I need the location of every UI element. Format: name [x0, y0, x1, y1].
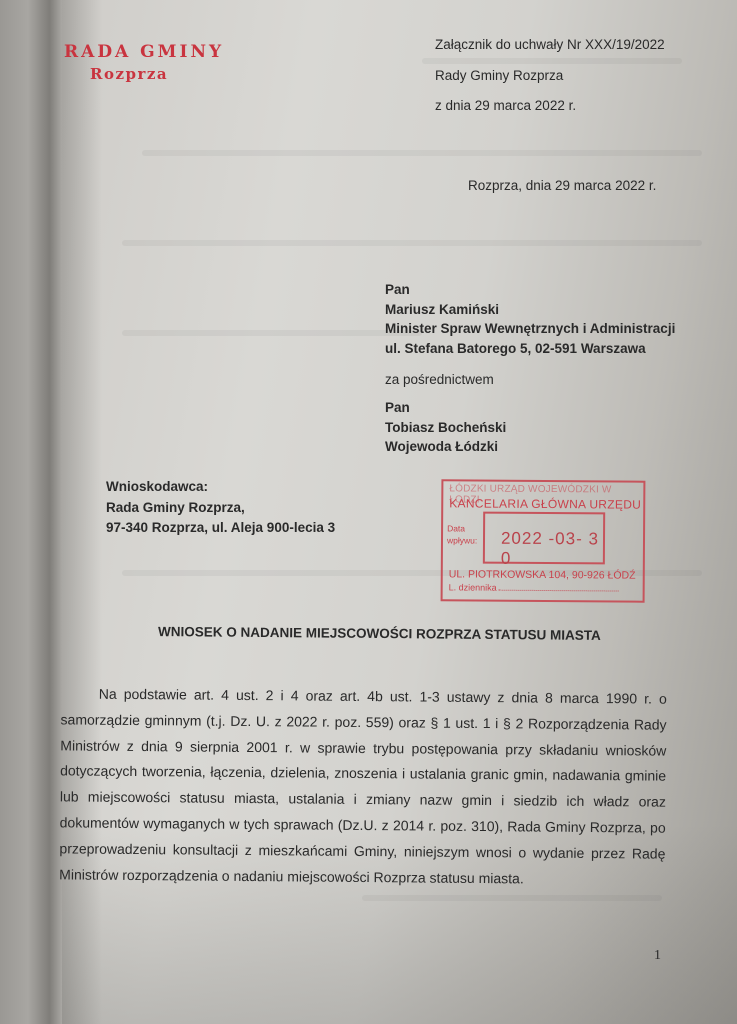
letterhead-line2: Rozprza: [90, 65, 224, 83]
receipt-stamp: ŁÓDZKI URZĄD WOJEWÓDZKI W ŁODZI KANCELAR…: [441, 479, 646, 602]
intermediary-name: Tobiasz Bocheński: [385, 421, 506, 435]
attachment-line2: Rady Gminy Rozprza: [435, 69, 665, 83]
bleed-through: [122, 240, 702, 246]
applicant-label: Wnioskodawca:: [106, 480, 335, 494]
stamp-date-value: 2022 -03- 3 0: [501, 529, 603, 570]
stamp-date-label-2: wpływu:: [447, 535, 477, 547]
recipient-salutation: Pan: [385, 283, 675, 297]
attachment-line1: Załącznik do uchwały Nr XXX/19/2022: [435, 38, 665, 52]
stamp-date-box: 2022 -03- 3 0: [483, 512, 605, 565]
stamp-journal-line: [499, 590, 619, 592]
bleed-through: [122, 330, 422, 336]
attachment-line3: z dnia 29 marca 2022 r.: [435, 99, 665, 113]
stamp-date-label: Data wpływu:: [447, 523, 477, 547]
intermediary-block: Pan Tobiasz Bocheński Wojewoda Łódzki: [385, 401, 506, 460]
stamp-journal: L. dziennika: [449, 582, 619, 593]
intermediary-title: Wojewoda Łódzki: [385, 440, 506, 454]
place-date: Rozprza, dnia 29 marca 2022 r.: [468, 179, 656, 193]
binder-edge: [0, 0, 62, 1024]
attachment-header: Załącznik do uchwały Nr XXX/19/2022 Rady…: [435, 38, 665, 130]
applicant-name: Rada Gminy Rozprza,: [106, 501, 335, 515]
recipient-name: Mariusz Kamiński: [385, 303, 675, 317]
stamp-date-label-1: Data: [447, 523, 477, 535]
applicant-address: 97-340 Rozprza, ul. Aleja 900-lecia 3: [106, 521, 335, 535]
recipient-address: ul. Stefana Batorego 5, 02-591 Warszawa: [385, 342, 675, 356]
bleed-through: [142, 150, 702, 156]
body-text: Na podstawie art. 4 ust. 2 i 4 oraz art.…: [59, 681, 667, 893]
body-paragraph: Na podstawie art. 4 ust. 2 i 4 oraz art.…: [59, 681, 667, 893]
page-number: 1: [654, 948, 661, 964]
intermediary-salutation: Pan: [385, 401, 506, 415]
stamp-journal-label: L. dziennika: [449, 582, 497, 592]
bleed-through: [362, 895, 662, 901]
via-label: za pośrednictwem: [385, 373, 494, 387]
letterhead-logo: RADA GMINY Rozprza: [64, 42, 224, 83]
recipient-title: Minister Spraw Wewnętrznych i Administra…: [385, 322, 675, 336]
applicant-block: Wnioskodawca: Rada Gminy Rozprza, 97-340…: [106, 480, 335, 542]
stamp-address: UL. PIOTRKOWSKA 104, 90-926 ŁÓDŹ: [449, 568, 636, 581]
letterhead-line1: RADA GMINY: [64, 42, 224, 62]
recipient-block: Pan Mariusz Kamiński Minister Spraw Wewn…: [385, 283, 675, 361]
stamp-department: KANCELARIA GŁÓWNA URZĘDU: [449, 496, 641, 511]
